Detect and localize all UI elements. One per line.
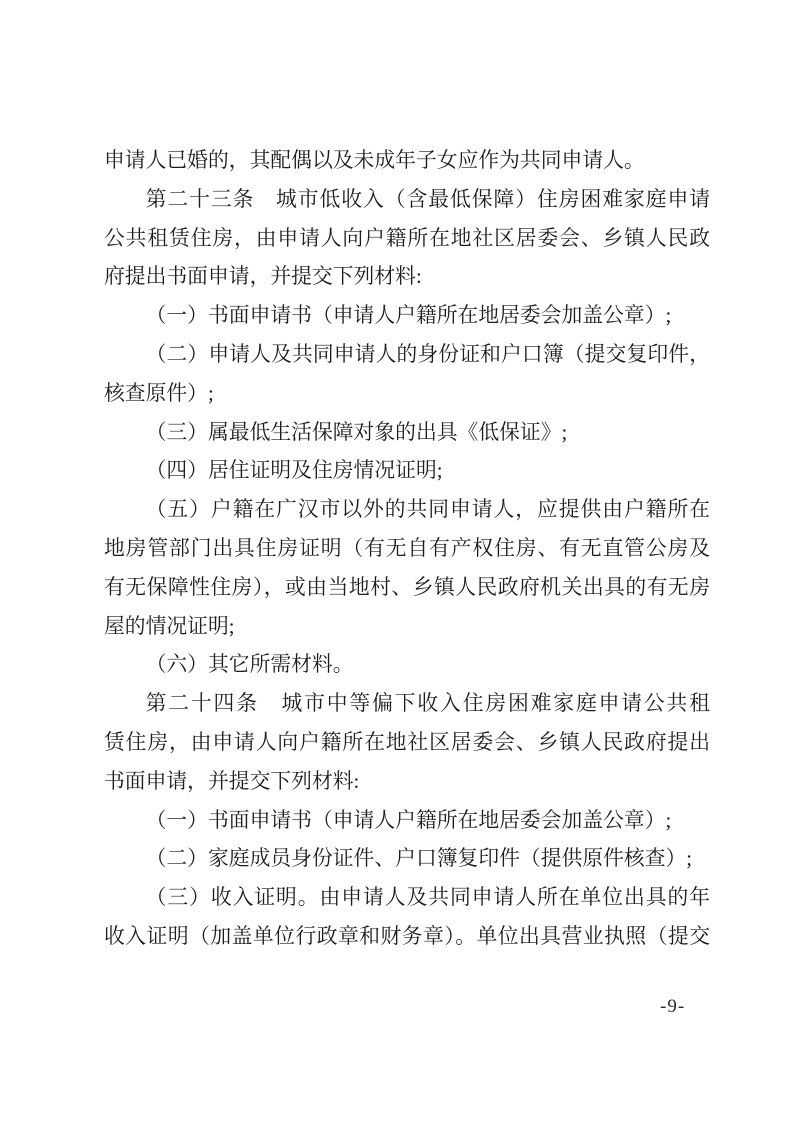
text-line: 有无保障性住房），或由当地村、乡镇人民政府机关出具的有无房	[104, 569, 710, 608]
text-line: 第二十四条 城市中等偏下收入住房困难家庭申请公共租	[104, 685, 710, 724]
text-line: （二）申请人及共同申请人的身份证和户口簿（提交复印件，	[104, 336, 710, 375]
text-line: （六）其它所需材料。	[104, 646, 710, 685]
text-line: （三）属最低生活保障对象的出具《低保证》;	[104, 414, 710, 453]
text-line: 屋的情况证明;	[104, 608, 710, 647]
text-line: 收入证明（加盖单位行政章和财务章）。单位出具营业执照（提交	[104, 918, 710, 957]
page-number: -9-	[660, 996, 685, 1018]
text-line: 书面申请，并提交下列材料:	[104, 763, 710, 802]
text-line: （五）户籍在广汉市以外的共同申请人，应提供由户籍所在	[104, 491, 710, 530]
document-page: 申请人已婚的，其配偶以及未成年子女应作为共同申请人。 第二十三条 城市低收入（含…	[0, 0, 793, 1122]
text-line: 核查原件）;	[104, 375, 710, 414]
text-line: 赁住房，由申请人向户籍所在地社区居委会、乡镇人民政府提出	[104, 724, 710, 763]
text-line: （二）家庭成员身份证件、户口簿复印件（提供原件核查）;	[104, 840, 710, 879]
text-line: （三）收入证明。由申请人及共同申请人所在单位出具的年	[104, 879, 710, 918]
text-line: 地房管部门出具住房证明（有无自有产权住房、有无直管公房及	[104, 530, 710, 569]
text-line: （一）书面申请书（申请人户籍所在地居委会加盖公章）;	[104, 297, 710, 336]
document-body: 申请人已婚的，其配偶以及未成年子女应作为共同申请人。 第二十三条 城市低收入（含…	[104, 142, 710, 957]
text-line: 第二十三条 城市低收入（含最低保障）住房困难家庭申请	[104, 181, 710, 220]
text-line: （四）居住证明及住房情况证明;	[104, 452, 710, 491]
text-line: 公共租赁住房，由申请人向户籍所在地社区居委会、乡镇人民政	[104, 220, 710, 259]
text-line: （一）书面申请书（申请人户籍所在地居委会加盖公章）;	[104, 802, 710, 841]
text-line: 府提出书面申请，并提交下列材料:	[104, 258, 710, 297]
text-line: 申请人已婚的，其配偶以及未成年子女应作为共同申请人。	[104, 142, 710, 181]
